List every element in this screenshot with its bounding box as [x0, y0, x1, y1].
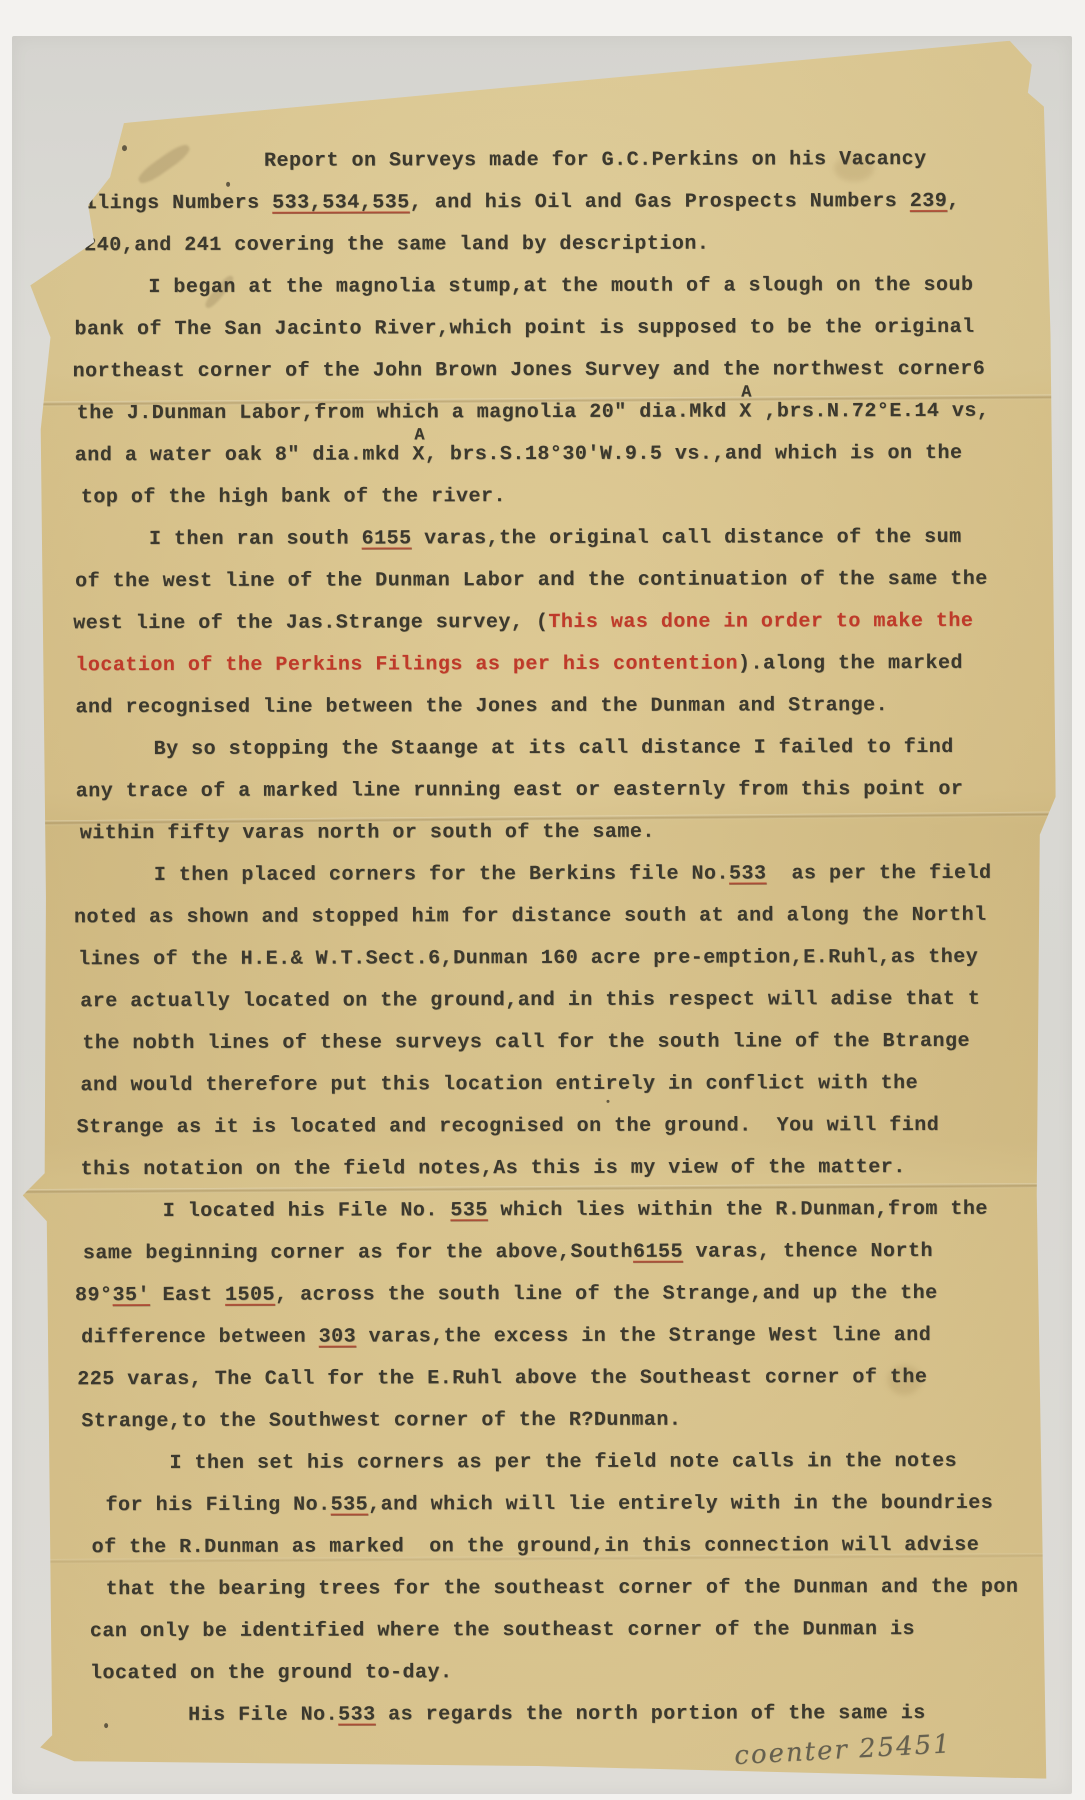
- document-line: within fifty varas north or south of the…: [74, 811, 1024, 855]
- document-paper: Report on Surveys made for G.C.Perkins o…: [14, 35, 1071, 1794]
- document-line: located on the ground to-day.: [76, 1651, 1026, 1695]
- document-line: for his Filing No.535,and which will lie…: [75, 1483, 1025, 1527]
- scan-background: Report on Surveys made for G.C.Perkins o…: [0, 0, 1085, 1800]
- document-line: lines of the H.E.& W.T.Sect.6,Dunman 160…: [74, 937, 1024, 981]
- red-ink-text: This was done in order to make the: [548, 610, 973, 634]
- typewritten-text: I then ran south: [149, 527, 362, 551]
- document-line: By so stopping the Staange at its call d…: [74, 727, 1024, 771]
- document-line: Strange as it is located and recognised …: [75, 1105, 1025, 1149]
- document-line: that the bearing trees for the southeast…: [76, 1567, 1026, 1611]
- typewritten-text: noted as shown and stopped him for dista…: [74, 904, 987, 929]
- typewritten-text: ,and which will lie entirely with in the…: [368, 1492, 993, 1517]
- typewritten-text: , and his Oil and Gas Prospects Numbers: [410, 190, 910, 214]
- typewritten-text: varas,the original call distance of the …: [412, 526, 962, 550]
- typewritten-text: 535: [331, 1493, 369, 1516]
- typewritten-text: of the west line of the Dunman Labor and…: [75, 568, 988, 593]
- superscript-mark: A: [414, 427, 425, 444]
- typewritten-text: and recognised line between the Jones an…: [75, 694, 888, 719]
- typewritten-text: 533: [338, 1703, 376, 1726]
- document-line: I began at the magnolia stump,at the mou…: [72, 265, 1022, 309]
- handwritten-annotation: coenter 25451: [734, 1729, 953, 1771]
- document-line: are actually located on the ground,and i…: [74, 979, 1024, 1023]
- typewritten-text: top of the high bank of the river.: [81, 485, 506, 509]
- typewritten-text: 240,and 241 covering the same land by de…: [84, 233, 709, 258]
- typewritten-text: East: [150, 1284, 225, 1307]
- document-line: noted as shown and stopped him for dista…: [74, 895, 1024, 939]
- typewritten-text: 6155: [362, 527, 412, 550]
- document-line: I then ran south 6155 varas,the original…: [73, 517, 1023, 561]
- document-line: and would therefore put this location en…: [74, 1063, 1024, 1107]
- document-line: difference between 303 varas,the excess …: [75, 1315, 1025, 1359]
- typewritten-text: Report on Surveys made for G.C.Perkins o…: [264, 148, 927, 173]
- typewritten-text: 239: [910, 190, 948, 213]
- document-line: same beginning corner as for the above,S…: [75, 1231, 1025, 1275]
- typewritten-text: 89°: [75, 1284, 113, 1307]
- typewritten-text: Strange,to the Southwest corner of the R…: [81, 1409, 681, 1434]
- typewritten-text: I then set his corners as per the field …: [169, 1450, 957, 1475]
- typewritten-text: XA: [412, 443, 425, 466]
- typewritten-text: any trace of a marked line running east …: [76, 778, 964, 803]
- typewritten-text: 535: [450, 1199, 488, 1222]
- document-line: I located his File No. 535 which lies wi…: [75, 1189, 1025, 1233]
- document-line: I then placed corners for the Berkins fi…: [74, 853, 1024, 897]
- document-line: the J.Dunman Labor,from which a magnolia…: [73, 391, 1023, 435]
- typewritten-text: , brs.S.18°30'W.9.5 vs.,and which is on …: [425, 442, 963, 466]
- document-line: and recognised line between the Jones an…: [73, 685, 1023, 729]
- document-line: west line of the Jas.Strange survey, (Th…: [73, 601, 1023, 645]
- typewritten-text: northeast corner of the John Brown Jones…: [73, 358, 986, 383]
- typewritten-text: the J.Dunman Labor,from which a magnolia…: [77, 400, 740, 425]
- document-line: the nobth lines of these surveys call fo…: [74, 1021, 1024, 1065]
- typewritten-text: for his Filing No.: [106, 1494, 331, 1518]
- document-line: of the west line of the Dunman Labor and…: [73, 559, 1023, 603]
- typewritten-text: west line of the Jas.Strange survey, (: [73, 611, 548, 635]
- typewritten-text: Filings Numbers: [72, 192, 272, 216]
- superscript-mark: A: [741, 384, 752, 401]
- typewritten-text: that the bearing trees for the southeast…: [106, 1576, 1019, 1601]
- red-ink-text: location of the Perkins Filings as per h…: [75, 652, 738, 677]
- typewritten-text: the nobth lines of these surveys call fo…: [82, 1030, 970, 1055]
- document-line: Report on Surveys made for G.C.Perkins o…: [72, 139, 1022, 183]
- typewritten-text: , across the south line of the Strange,a…: [275, 1282, 938, 1307]
- typewritten-text: His File No.: [188, 1704, 338, 1727]
- typewritten-text: varas, thence North: [683, 1240, 933, 1264]
- typewritten-text: ).along the marked: [738, 652, 963, 676]
- typewritten-text: are actually located on the ground,and i…: [80, 988, 980, 1013]
- typewritten-text: 533,534,535: [272, 191, 410, 214]
- typewritten-text: located on the ground to-day.: [90, 1661, 453, 1685]
- document-line: northeast corner of the John Brown Jones…: [73, 349, 1023, 393]
- typewritten-text: 303: [319, 1325, 357, 1348]
- typewritten-text: ,brs.N.72°E.14 vs,: [752, 400, 990, 424]
- typewritten-text: difference between: [81, 1326, 319, 1350]
- typewritten-text: varas,the excess in the Strange West lin…: [356, 1324, 931, 1349]
- typewritten-text: 6155: [633, 1241, 683, 1264]
- document-line: top of the high bank of the river.: [73, 475, 1023, 519]
- document-line: His File No.533 as regards the north por…: [76, 1693, 1026, 1737]
- document-line: location of the Perkins Filings as per h…: [73, 643, 1023, 687]
- typewritten-text: By so stopping the Staange at its call d…: [154, 736, 954, 761]
- typewritten-text: of the R.Dunman as marked on the ground,…: [92, 1534, 980, 1559]
- document-line: any trace of a marked line running east …: [74, 769, 1024, 813]
- typewritten-text: this notation on the field notes,As this…: [81, 1156, 906, 1181]
- document-line: this notation on the field notes,As this…: [75, 1147, 1025, 1191]
- document-line: Strange,to the Southwest corner of the R…: [75, 1399, 1025, 1443]
- document-text: Report on Surveys made for G.C.Perkins o…: [72, 139, 1026, 1737]
- document-line: Filings Numbers 533,534,535, and his Oil…: [72, 181, 1022, 225]
- document-line: bank of The San Jacinto River,which poin…: [72, 307, 1022, 351]
- typewritten-text: bank of The San Jacinto River,which poin…: [74, 316, 974, 341]
- document-line: 240,and 241 covering the same land by de…: [72, 223, 1022, 267]
- typewritten-text: I located his File No.: [163, 1199, 451, 1223]
- typewritten-text: ,: [947, 190, 960, 213]
- typewritten-text: 1505: [225, 1284, 275, 1307]
- document-line: 89°35' East 1505, across the south line …: [75, 1273, 1025, 1317]
- typewritten-text: lines of the H.E.& W.T.Sect.6,Dunman 160…: [78, 946, 978, 971]
- document-line: I then set his corners as per the field …: [75, 1441, 1025, 1485]
- typewritten-text: I began at the magnolia stump,at the mou…: [148, 274, 973, 299]
- typewritten-text: and a water oak 8" dia.mkd: [75, 443, 413, 467]
- typewritten-text: 35': [112, 1284, 150, 1307]
- typewritten-text: within fifty varas north or south of the…: [80, 821, 655, 846]
- typewritten-text: 225 varas, The Call for the E.Ruhl above…: [77, 1366, 927, 1391]
- typewritten-text: XA: [739, 400, 752, 423]
- typewritten-text: as regards the north portion of the same…: [376, 1702, 926, 1726]
- typewritten-text: Strange as it is located and recognised …: [77, 1114, 940, 1139]
- typewritten-text: which lies within the R.Dunman,from the: [488, 1198, 988, 1222]
- typewritten-text: same beginning corner as for the above,S…: [83, 1241, 633, 1265]
- typewritten-text: 533: [729, 862, 767, 885]
- document-line: and a water oak 8" dia.mkd XA, brs.S.18°…: [73, 433, 1023, 477]
- typewritten-text: as per the field: [766, 862, 991, 886]
- document-line: 225 varas, The Call for the E.Ruhl above…: [75, 1357, 1025, 1401]
- document-line: can only be identified where the southea…: [76, 1609, 1026, 1653]
- typewritten-text: I then placed corners for the Berkins fi…: [154, 863, 729, 888]
- document-line: of the R.Dunman as marked on the ground,…: [76, 1525, 1026, 1569]
- typewritten-text: and would therefore put this location en…: [80, 1072, 918, 1097]
- typewritten-text: can only be identified where the southea…: [90, 1618, 915, 1643]
